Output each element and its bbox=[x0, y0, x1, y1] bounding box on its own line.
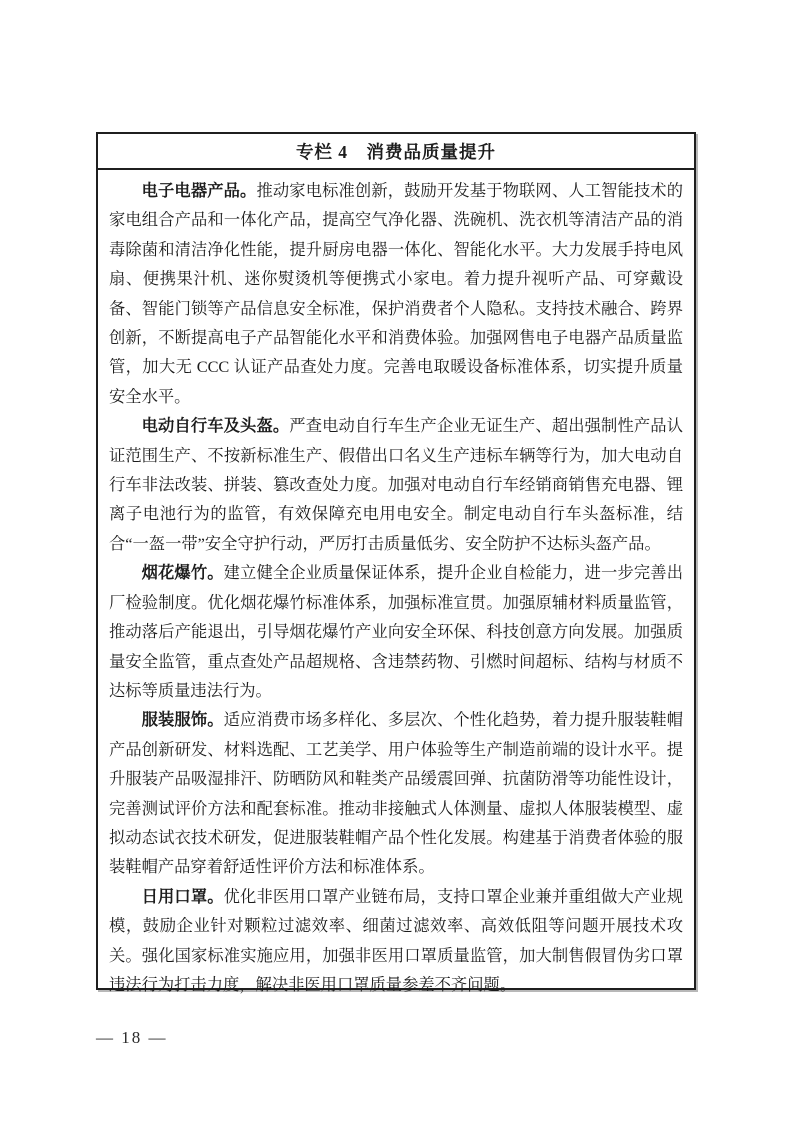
paragraph-lead: 服装服饰。 bbox=[142, 710, 224, 729]
paragraph-apparel: 服装服饰。适应消费市场多样化、多层次、个性化趋势，着力提升服装鞋帽产品创新研发、… bbox=[109, 705, 683, 881]
paragraph-fireworks: 烟花爆竹。建立健全企业质量保证体系，提升企业自检能力，进一步完善出厂检验制度。优… bbox=[109, 558, 683, 705]
paragraph-body: 推动家电标准创新，鼓励开发基于物联网、人工智能技术的家电组合产品和一体化产品，提… bbox=[109, 181, 683, 406]
panel-title: 专栏 4 消费品质量提升 bbox=[98, 134, 694, 170]
paragraph-lead: 电子电器产品。 bbox=[142, 181, 257, 200]
paragraph-electronics: 电子电器产品。推动家电标准创新，鼓励开发基于物联网、人工智能技术的家电组合产品和… bbox=[109, 176, 683, 411]
highlight-box: 专栏 4 消费品质量提升 电子电器产品。推动家电标准创新，鼓励开发基于物联网、人… bbox=[96, 132, 696, 990]
paragraph-masks: 日用口罩。优化非医用口罩产业链布局，支持口罩企业兼并重组做大产业规模，鼓励企业针… bbox=[109, 882, 683, 1000]
document-page: 专栏 4 消费品质量提升 电子电器产品。推动家电标准创新，鼓励开发基于物联网、人… bbox=[0, 0, 793, 1122]
paragraph-body: 严查电动自行车生产企业无证生产、超出强制性产品认证范围生产、不按新标准生产、假借… bbox=[109, 416, 683, 553]
paragraph-lead: 电动自行车及头盔。 bbox=[142, 416, 290, 435]
paragraph-ebike-helmet: 电动自行车及头盔。严查电动自行车生产企业无证生产、超出强制性产品认证范围生产、不… bbox=[109, 411, 683, 558]
paragraph-lead: 烟花爆竹。 bbox=[142, 563, 224, 582]
paragraph-lead: 日用口罩。 bbox=[142, 887, 224, 906]
paragraph-body: 适应消费市场多样化、多层次、个性化趋势，着力提升服装鞋帽产品创新研发、材料选配、… bbox=[109, 710, 683, 876]
page-number: — 18 — bbox=[96, 1028, 168, 1048]
panel-body: 电子电器产品。推动家电标准创新，鼓励开发基于物联网、人工智能技术的家电组合产品和… bbox=[98, 170, 694, 999]
paragraph-body: 建立健全企业质量保证体系，提升企业自检能力，进一步完善出厂检验制度。优化烟花爆竹… bbox=[109, 563, 683, 700]
